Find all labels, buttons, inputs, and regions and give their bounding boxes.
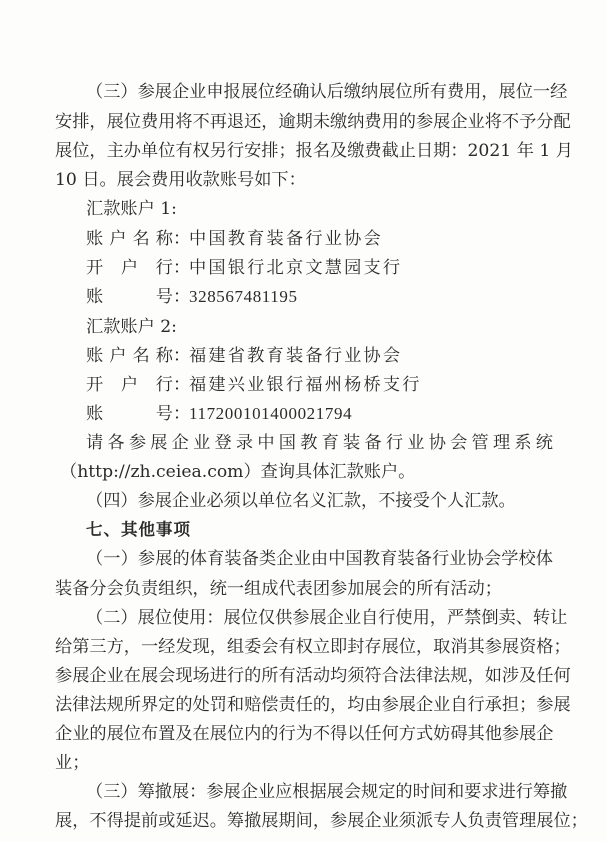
separator: ： (173, 256, 189, 280)
paragraph-line: 法律法规所界定的处罚和赔偿责任的，均由参展企业自行承担；参展 (55, 693, 553, 717)
paragraph-line: 展，不得提前或延迟。筹撤展期间，参展企业须派专人负责管理展位； (55, 809, 553, 833)
document-page: （三）参展企业申报展位经确认后缴纳展位所有费用，展位一经 安排，展位费用将不再退… (0, 0, 607, 841)
paragraph-line: 企业的展位布置及在展位内的行为不得以任何方式妨碍其他参展企 (55, 722, 553, 746)
paragraph-line: 参展企业在展会现场进行的所有活动均须符合法律法规，如涉及任何 (55, 664, 553, 688)
separator: ： (173, 344, 189, 368)
account-1-name-row: 账户名称：中国教育装备行业协会 (86, 227, 553, 251)
account-1-title: 汇款账户 1: (86, 197, 553, 221)
account-number-label: 账 号 (86, 402, 173, 426)
separator: ： (173, 285, 189, 309)
paragraph-line: 装备分会负责组织，统一组成代表团参加展会的所有活动； (55, 577, 553, 601)
paragraph-line: （二）展位使用：展位仅供参展企业自行使用，严禁倒卖、转让 (86, 606, 553, 630)
paragraph-line: 安排，展位费用将不再退还，逾期未缴纳费用的参展企业将不予分配 (55, 110, 553, 134)
bank-value: 福建兴业银行福州杨桥支行 (189, 375, 422, 395)
paragraph-line: 10 日。展会费用收款账号如下： (55, 168, 553, 192)
paragraph-line: 给第三方，一经发现，组委会有权立即封存展位，取消其参展资格； (55, 635, 553, 659)
paragraph-line: （一）参展的体育装备类企业由中国教育装备行业协会学校体 (86, 547, 553, 571)
account-2-name-row: 账户名称：福建省教育装备行业协会 (86, 344, 553, 368)
paragraph-line: 展位，主办单位有权另行安排；报名及缴费截止日期：2021 年 1 月 (55, 139, 553, 163)
separator: ： (173, 402, 189, 426)
paragraph-line: （三）筹撤展：参展企业应根据展会规定的时间和要求进行筹撤 (86, 780, 553, 804)
account-number-value: 328567481195 (189, 287, 298, 306)
separator: ： (173, 373, 189, 397)
bank-label: 开 户 行 (86, 256, 173, 280)
account-2-bank-row: 开 户 行：福建兴业银行福州杨桥支行 (86, 373, 553, 397)
section-heading: 七、其他事项 (86, 518, 553, 542)
paragraph-line: 请各参展企业登录中国教育装备行业协会管理系统 (86, 431, 553, 455)
bank-label: 开 户 行 (86, 373, 173, 397)
account-1-number-row: 账 号：328567481195 (86, 285, 553, 309)
bank-value: 中国银行北京文慧园支行 (189, 258, 402, 278)
url-line: （http://zh.ceiea.com）查询具体汇款账户。 (60, 460, 558, 484)
account-2-number-row: 账 号：117200101400021794 (86, 402, 553, 426)
account-number-value: 117200101400021794 (189, 404, 352, 423)
account-name-label: 账户名称 (86, 344, 173, 368)
paragraph-line: 业； (55, 751, 553, 775)
paragraph-line: （三）参展企业申报展位经确认后缴纳展位所有费用，展位一经 (86, 80, 553, 104)
account-name-value: 福建省教育装备行业协会 (189, 346, 402, 366)
paragraph-line: （四）参展企业必须以单位名义汇款，不接受个人汇款。 (86, 489, 553, 513)
account-2-title: 汇款账户 2: (86, 315, 553, 339)
account-1-bank-row: 开 户 行：中国银行北京文慧园支行 (86, 256, 553, 280)
account-name-label: 账户名称 (86, 227, 173, 251)
separator: ： (173, 227, 189, 251)
account-name-value: 中国教育装备行业协会 (189, 229, 383, 249)
account-number-label: 账 号 (86, 285, 173, 309)
